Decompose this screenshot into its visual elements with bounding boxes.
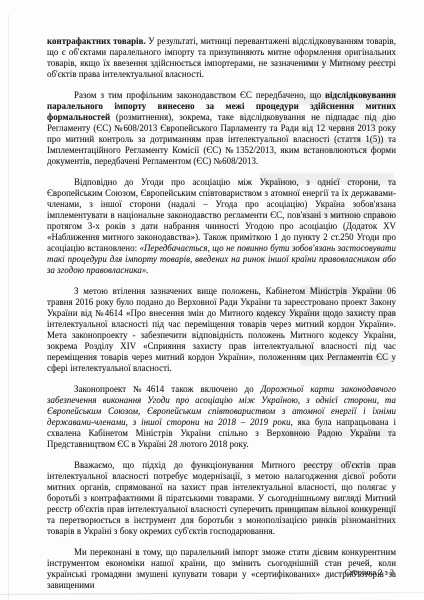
document-page: контрафактних товарів. У результаті, мит… (0, 0, 424, 600)
text-segment: З метою втілення зазначених вище положен… (47, 286, 396, 373)
paragraph: Відповідно до Угоди про асоціацію між Ук… (47, 177, 396, 276)
scan-edge-line-left (8, 14, 9, 600)
paragraph: Законопроект №4614 також включено до Дор… (47, 384, 396, 450)
page-number: Сторінка 2 з 3 (345, 568, 394, 577)
text-segment: контрафактних товарів. (47, 36, 146, 46)
text-segment: Разом з тим профільним законодавством ЄС… (74, 90, 325, 100)
paragraph: З метою втілення зазначених вище положен… (47, 286, 396, 374)
paragraph: контрафактних товарів. У результаті, мит… (47, 36, 396, 80)
text-segment: Вважаємо, що підхід до функціонування Ми… (47, 460, 396, 536)
text-segment: Відповідно до Угоди про асоціацію між Ук… (47, 177, 396, 253)
document-body: контрафактних товарів. У результаті, мит… (47, 36, 396, 600)
paragraph: Вважаємо, що підхід до функціонування Ми… (47, 460, 396, 537)
text-segment: Законопроект №4614 також включено до (74, 384, 261, 394)
paragraph: Разом з тим профільним законодавством ЄС… (47, 90, 396, 167)
